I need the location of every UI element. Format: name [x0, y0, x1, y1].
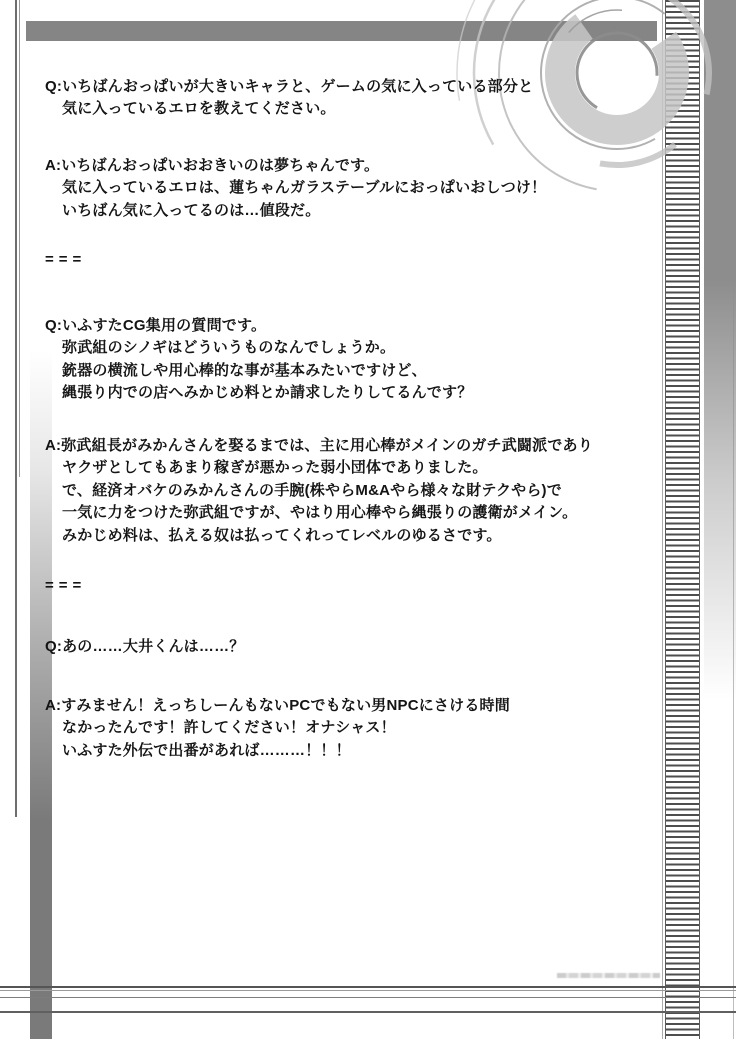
footer-watermark	[557, 973, 660, 978]
scanned-doujin-qa-page: Q:いちばんおっぱいが大きいキャラと、ゲームの気に入っている部分と 気に入ってい…	[0, 0, 736, 1039]
question-2-line-4: 縄張り内での店へみかじめ料とか請求したりしてるんです？	[45, 382, 665, 404]
hatched-stripe-column	[666, 0, 699, 1039]
answer-2-line-2: ヤクザとしてもあまり稼ぎが悪かった弱小団体でありました。	[45, 457, 665, 479]
question-2-line-3: 銃器の横流しや用心棒的な事が基本みたいですけど、	[45, 360, 665, 382]
question-1-line-1: Q:いちばんおっぱいが大きいキャラと、ゲームの気に入っている部分と	[45, 76, 665, 98]
header-gray-bar	[26, 21, 657, 41]
footer-rule-4	[0, 1011, 736, 1013]
question-2-line-2: 弥武組のシノギはどういうものなんでしょうか。	[45, 337, 665, 359]
question-block-2: Q:いふすたCG集用の質問です。 弥武組のシノギはどういうものなんでしょうか。 …	[45, 315, 665, 405]
answer-3-line-1: A:すみません！えっちしーんもないPCでもない男NPCにさける時間	[45, 695, 665, 717]
answer-2-line-4: 一気に力をつけた弥武組ですが、やはり用心棒やら縄張りの護衛がメイン。	[45, 502, 665, 524]
question-2-line-1: Q:いふすたCG集用の質問です。	[45, 315, 665, 337]
footer-rule-1	[0, 986, 736, 988]
left-frame-line-outer	[15, 0, 17, 817]
answer-2-line-1: A:弥武組長がみかんさんを娶るまでは、主に用心棒がメインのガチ武闘派であり	[45, 435, 665, 457]
answer-block-2: A:弥武組長がみかんさんを娶るまでは、主に用心棒がメインのガチ武闘派であり ヤク…	[45, 435, 665, 547]
footer-rule-2	[0, 990, 736, 991]
answer-1-line-2: 気に入っているエロは、蓮ちゃんガラステーブルにおっぱいおしつけ！	[45, 177, 665, 199]
answer-2-line-3: で、経済オバケのみかんさんの手腕(株やらM&Aやら様々な財テクやら)で	[45, 480, 665, 502]
answer-2-line-5: みかじめ料は、払える奴は払ってくれってレベルのゆるさです。	[45, 525, 665, 547]
section-separator-2: ===	[45, 575, 665, 597]
answer-block-3: A:すみません！えっちしーんもないPCでもない男NPCにさける時間 なかったんで…	[45, 695, 665, 762]
answer-3-line-3: いふすた外伝で出番があれば………！！！	[45, 740, 665, 762]
question-block-3: Q:あの……大井くんは……？	[45, 636, 665, 658]
question-block-1: Q:いちばんおっぱいが大きいキャラと、ゲームの気に入っている部分と 気に入ってい…	[45, 76, 665, 121]
answer-block-1: A:いちばんおっぱいおおきいのは夢ちゃんです。 気に入っているエロは、蓮ちゃんガ…	[45, 155, 665, 222]
left-frame-line-inner	[19, 0, 20, 477]
right-gradient-bar	[704, 0, 736, 720]
answer-3-line-2: なかったんです！許してください！オナシャス！	[45, 717, 665, 739]
footer-rule-3	[0, 997, 736, 998]
stripe-column-border-right	[699, 0, 700, 1039]
question-3-line-1: Q:あの……大井くんは……？	[45, 636, 665, 658]
section-separator-1: ===	[45, 249, 665, 271]
answer-1-line-3: いちばん気に入ってるのは…値段だ。	[45, 200, 665, 222]
question-1-line-2: 気に入っているエロを教えてください。	[45, 98, 665, 120]
answer-1-line-1: A:いちばんおっぱいおおきいのは夢ちゃんです。	[45, 155, 665, 177]
